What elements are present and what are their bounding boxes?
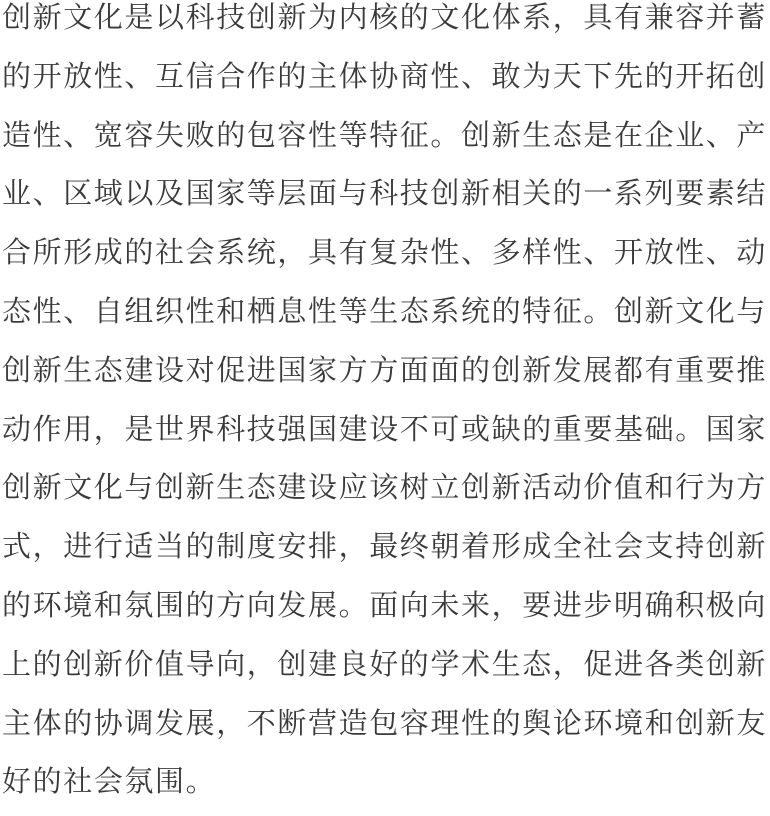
text-line: 业、区域以及国家等层面与科技创新相关的一系列要素结	[0, 176, 770, 235]
text-line: 式，进行适当的制度安排，最终朝着形成全社会支持创新	[0, 529, 770, 588]
text-line: 创新文化是以科技创新为内核的文化体系，具有兼容并蓄	[0, 0, 770, 59]
text-line: 好的社会氛围。	[0, 764, 770, 816]
text-line: 的开放性、互信合作的主体协商性、敢为天下先的开拓创	[0, 59, 770, 118]
text-line: 造性、宽容失败的包容性等特征。创新生态是在企业、产	[0, 118, 770, 177]
text-line: 上的创新价值导向，创建良好的学术生态，促进各类创新	[0, 647, 770, 706]
text-line: 动作用，是世界科技强国建设不可或缺的重要基础。国家	[0, 412, 770, 471]
text-line: 主体的协调发展，不断营造包容理性的舆论环境和创新友	[0, 706, 770, 765]
text-line: 创新生态建设对促进国家方方面面的创新发展都有重要推	[0, 353, 770, 412]
text-line: 合所形成的社会系统，具有复杂性、多样性、开放性、动	[0, 235, 770, 294]
text-line: 创新文化与创新生态建设应该树立创新活动价值和行为方	[0, 470, 770, 529]
text-line: 的环境和氛围的方向发展。面向未来，要进步明确积极向	[0, 588, 770, 647]
text-line: 态性、自组织性和栖息性等生态系统的特征。创新文化与	[0, 294, 770, 353]
article-body: 创新文化是以科技创新为内核的文化体系，具有兼容并蓄 的开放性、互信合作的主体协商…	[0, 0, 770, 816]
